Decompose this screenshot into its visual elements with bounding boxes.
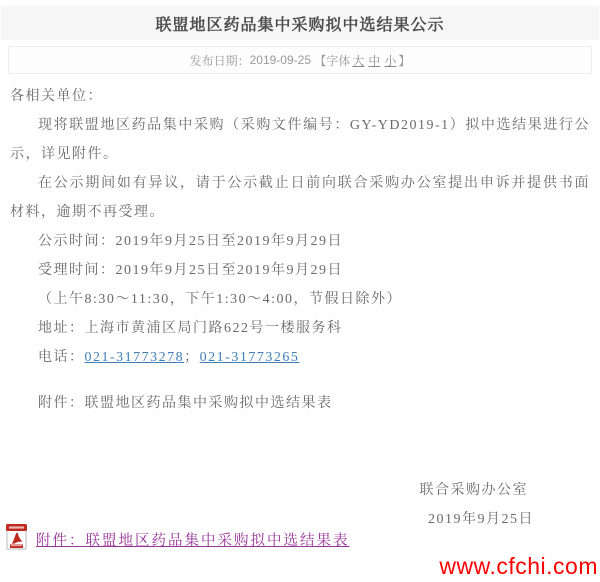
phone-link-1[interactable]: 021-31773278: [85, 350, 185, 365]
attachment-download-link[interactable]: 附件：联盟地区药品集中采购拟中选结果表: [36, 531, 350, 551]
pdf-file-icon[interactable]: [6, 524, 27, 550]
publish-date-bar: 发布日期： 2019-09-25 【字体 大 中 小 】: [8, 46, 592, 74]
title-band: 联盟地区药品集中采购拟中选结果公示: [1, 6, 599, 40]
salutation: 各相关单位：: [10, 82, 590, 111]
font-size-small-link[interactable]: 小: [384, 52, 396, 69]
page-title: 联盟地区药品集中采购拟中选结果公示: [155, 12, 444, 35]
paragraph-result-announcement: 现将联盟地区药品集中采购（采购文件编号：GY-YD2019-1）拟中选结果进行公…: [10, 111, 590, 169]
office-hours-line: （上午8:30～11:30，下午1:30～4:00，节假日除外）: [10, 285, 590, 314]
attachment-download-row: 附件：联盟地区药品集中采购拟中选结果表: [6, 524, 350, 551]
phone-line: 电话：021-31773278；021-31773265: [10, 343, 590, 372]
phone-link-2[interactable]: 021-31773265: [200, 350, 300, 365]
site-watermark: www.cfchi.com: [439, 553, 598, 580]
acceptance-time-line: 受理时间：2019年9月25日至2019年9月29日: [10, 256, 590, 285]
publicity-time-line: 公示时间：2019年9月25日至2019年9月29日: [10, 227, 590, 256]
phone-label: 电话：: [38, 350, 85, 365]
paragraph-objection-notice: 在公示期间如有异议，请于公示截止日前向联合采购办公室提出申诉并提供书面材料，逾期…: [10, 169, 590, 227]
font-size-label-close: 】: [398, 52, 410, 69]
font-size-label-open: 【字体: [311, 52, 350, 69]
signature-organization: 联合采购办公室: [10, 476, 590, 505]
attachment-note: 附件：联盟地区药品集中采购拟中选结果表: [10, 389, 590, 418]
phone-separator: ；: [184, 350, 200, 365]
address-line: 地址：上海市黄浦区局门路622号一楼服务科: [10, 314, 590, 343]
font-size-large-link[interactable]: 大: [352, 52, 364, 69]
publish-date-label: 发布日期：: [190, 52, 250, 69]
announcement-body: 各相关单位： 现将联盟地区药品集中采购（采购文件编号：GY-YD2019-1）拟…: [0, 74, 600, 534]
font-size-medium-link[interactable]: 中: [368, 52, 380, 69]
publish-date-value: 2019-09-25: [250, 53, 311, 67]
